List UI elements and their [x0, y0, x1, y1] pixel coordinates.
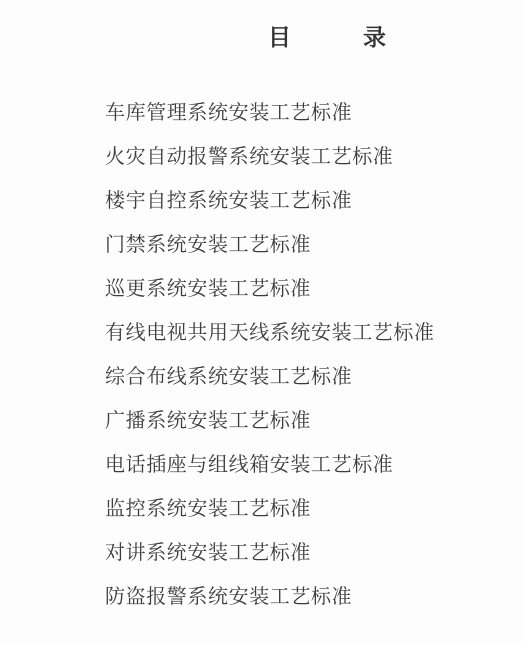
toc-entry-patrol-system: 巡更系统安装工艺标准 — [105, 277, 505, 321]
toc-entry-intercom-system: 对讲系统安装工艺标准 — [105, 541, 505, 585]
page-title: 目 录 — [268, 25, 386, 51]
toc-entry-fire-alarm: 火灾自动报警系统安装工艺标准 — [105, 145, 505, 189]
toc-entry-garage-management: 车库管理系统安装工艺标准 — [105, 101, 505, 145]
toc-entry-catv-antenna: 有线电视共用天线系统安装工艺标准 — [105, 321, 505, 365]
toc-list: 车库管理系统安装工艺标准 火灾自动报警系统安装工艺标准 楼宇自控系统安装工艺标准… — [105, 101, 505, 629]
toc-entry-broadcast-system: 广播系统安装工艺标准 — [105, 409, 505, 453]
toc-entry-building-automation: 楼宇自控系统安装工艺标准 — [105, 189, 505, 233]
toc-entry-surveillance-system: 监控系统安装工艺标准 — [105, 497, 505, 541]
toc-entry-access-control: 门禁系统安装工艺标准 — [105, 233, 505, 277]
page-title-char-1: 目 — [268, 25, 291, 51]
toc-entry-burglar-alarm: 防盗报警系统安装工艺标准 — [105, 585, 505, 629]
toc-entry-structured-cabling: 综合布线系统安装工艺标准 — [105, 365, 505, 409]
document-page: 目 录 车库管理系统安装工艺标准 火灾自动报警系统安装工艺标准 楼宇自控系统安装… — [0, 0, 525, 645]
toc-entry-phone-socket-junction: 电话插座与组线箱安装工艺标准 — [105, 453, 505, 497]
page-title-char-2: 录 — [363, 25, 386, 51]
